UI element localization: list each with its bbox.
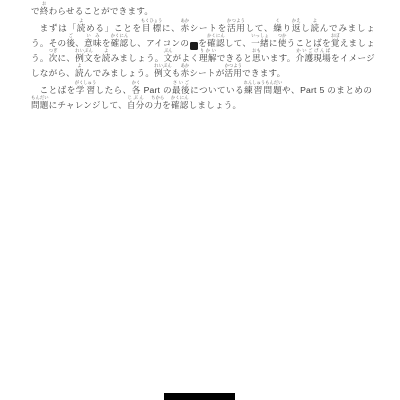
ruby-term: 赤あか [180,23,189,33]
ruby-term: 介護現場かいごげんば [296,53,331,63]
paragraph: で終おわらせることができます。 [31,1,375,18]
ruby-term: 赤あか [181,68,190,78]
ruby-term: 覚おぼ [331,38,340,48]
ruby-term: 例文れいぶん [154,68,172,78]
ruby-term: 思おも [252,53,261,63]
ruby-term: 意味いみ [84,38,102,48]
ruby-term: 一緒いっしょ [251,38,269,48]
ruby-term: 後ご [66,38,75,48]
ruby-term: 次つぎ [49,53,58,63]
ruby-term: 活用かつよう [227,23,246,33]
ruby-term: 力ちから [153,100,162,110]
ruby-term: 各かく [132,85,141,95]
ruby-term: 繰く [273,23,282,33]
ruby-term: 目標もくひょう [142,23,162,33]
ruby-term: 問題もんだい [31,100,49,110]
ruby-term: 読よ [77,23,86,33]
footer-bar [164,393,235,400]
ruby-term: 使つか [278,38,287,48]
ruby-term: 例文れいぶん [75,53,93,63]
ruby-term: 練習問題れんしゅうもんだい [244,85,282,95]
ruby-term: 確認かくにん [111,38,129,48]
ruby-term: 学習がくしゅう [76,85,96,95]
ruby-term: 読よ [75,68,84,78]
ruby-term: 最後さいご [172,85,190,95]
collocation-grid-icon: 田 [190,42,198,50]
ruby-term: 終お [40,6,49,16]
ruby-term: 確認かくにん [207,38,225,48]
ruby-term: 読よ [310,23,319,33]
ruby-term: 自分じぶん [127,100,145,110]
ruby-term: 活用かつよう [225,68,243,78]
paragraph: まずは「読よめる」ことを目標もくひょうに、赤あかシートを活用かつようして、繰くり… [31,18,375,80]
ruby-term: 理解りかい [199,53,217,63]
ruby-term: 文ぶん [164,53,173,63]
ruby-term: 確認かくにん [171,100,189,110]
ruby-term: 返かえ [292,23,301,33]
paragraph: ことばを学習がくしゅうしたら、各かく Part の最後さいごについている練習問題… [31,80,375,112]
scanned-book-page: で終おわらせることができます。まずは「読よめる」ことを目標もくひょうに、赤あかシ… [0,0,400,400]
text-block: で終おわらせることができます。まずは「読よめる」ことを目標もくひょうに、赤あかシ… [31,1,375,112]
ruby-term: 読よ [102,53,111,63]
